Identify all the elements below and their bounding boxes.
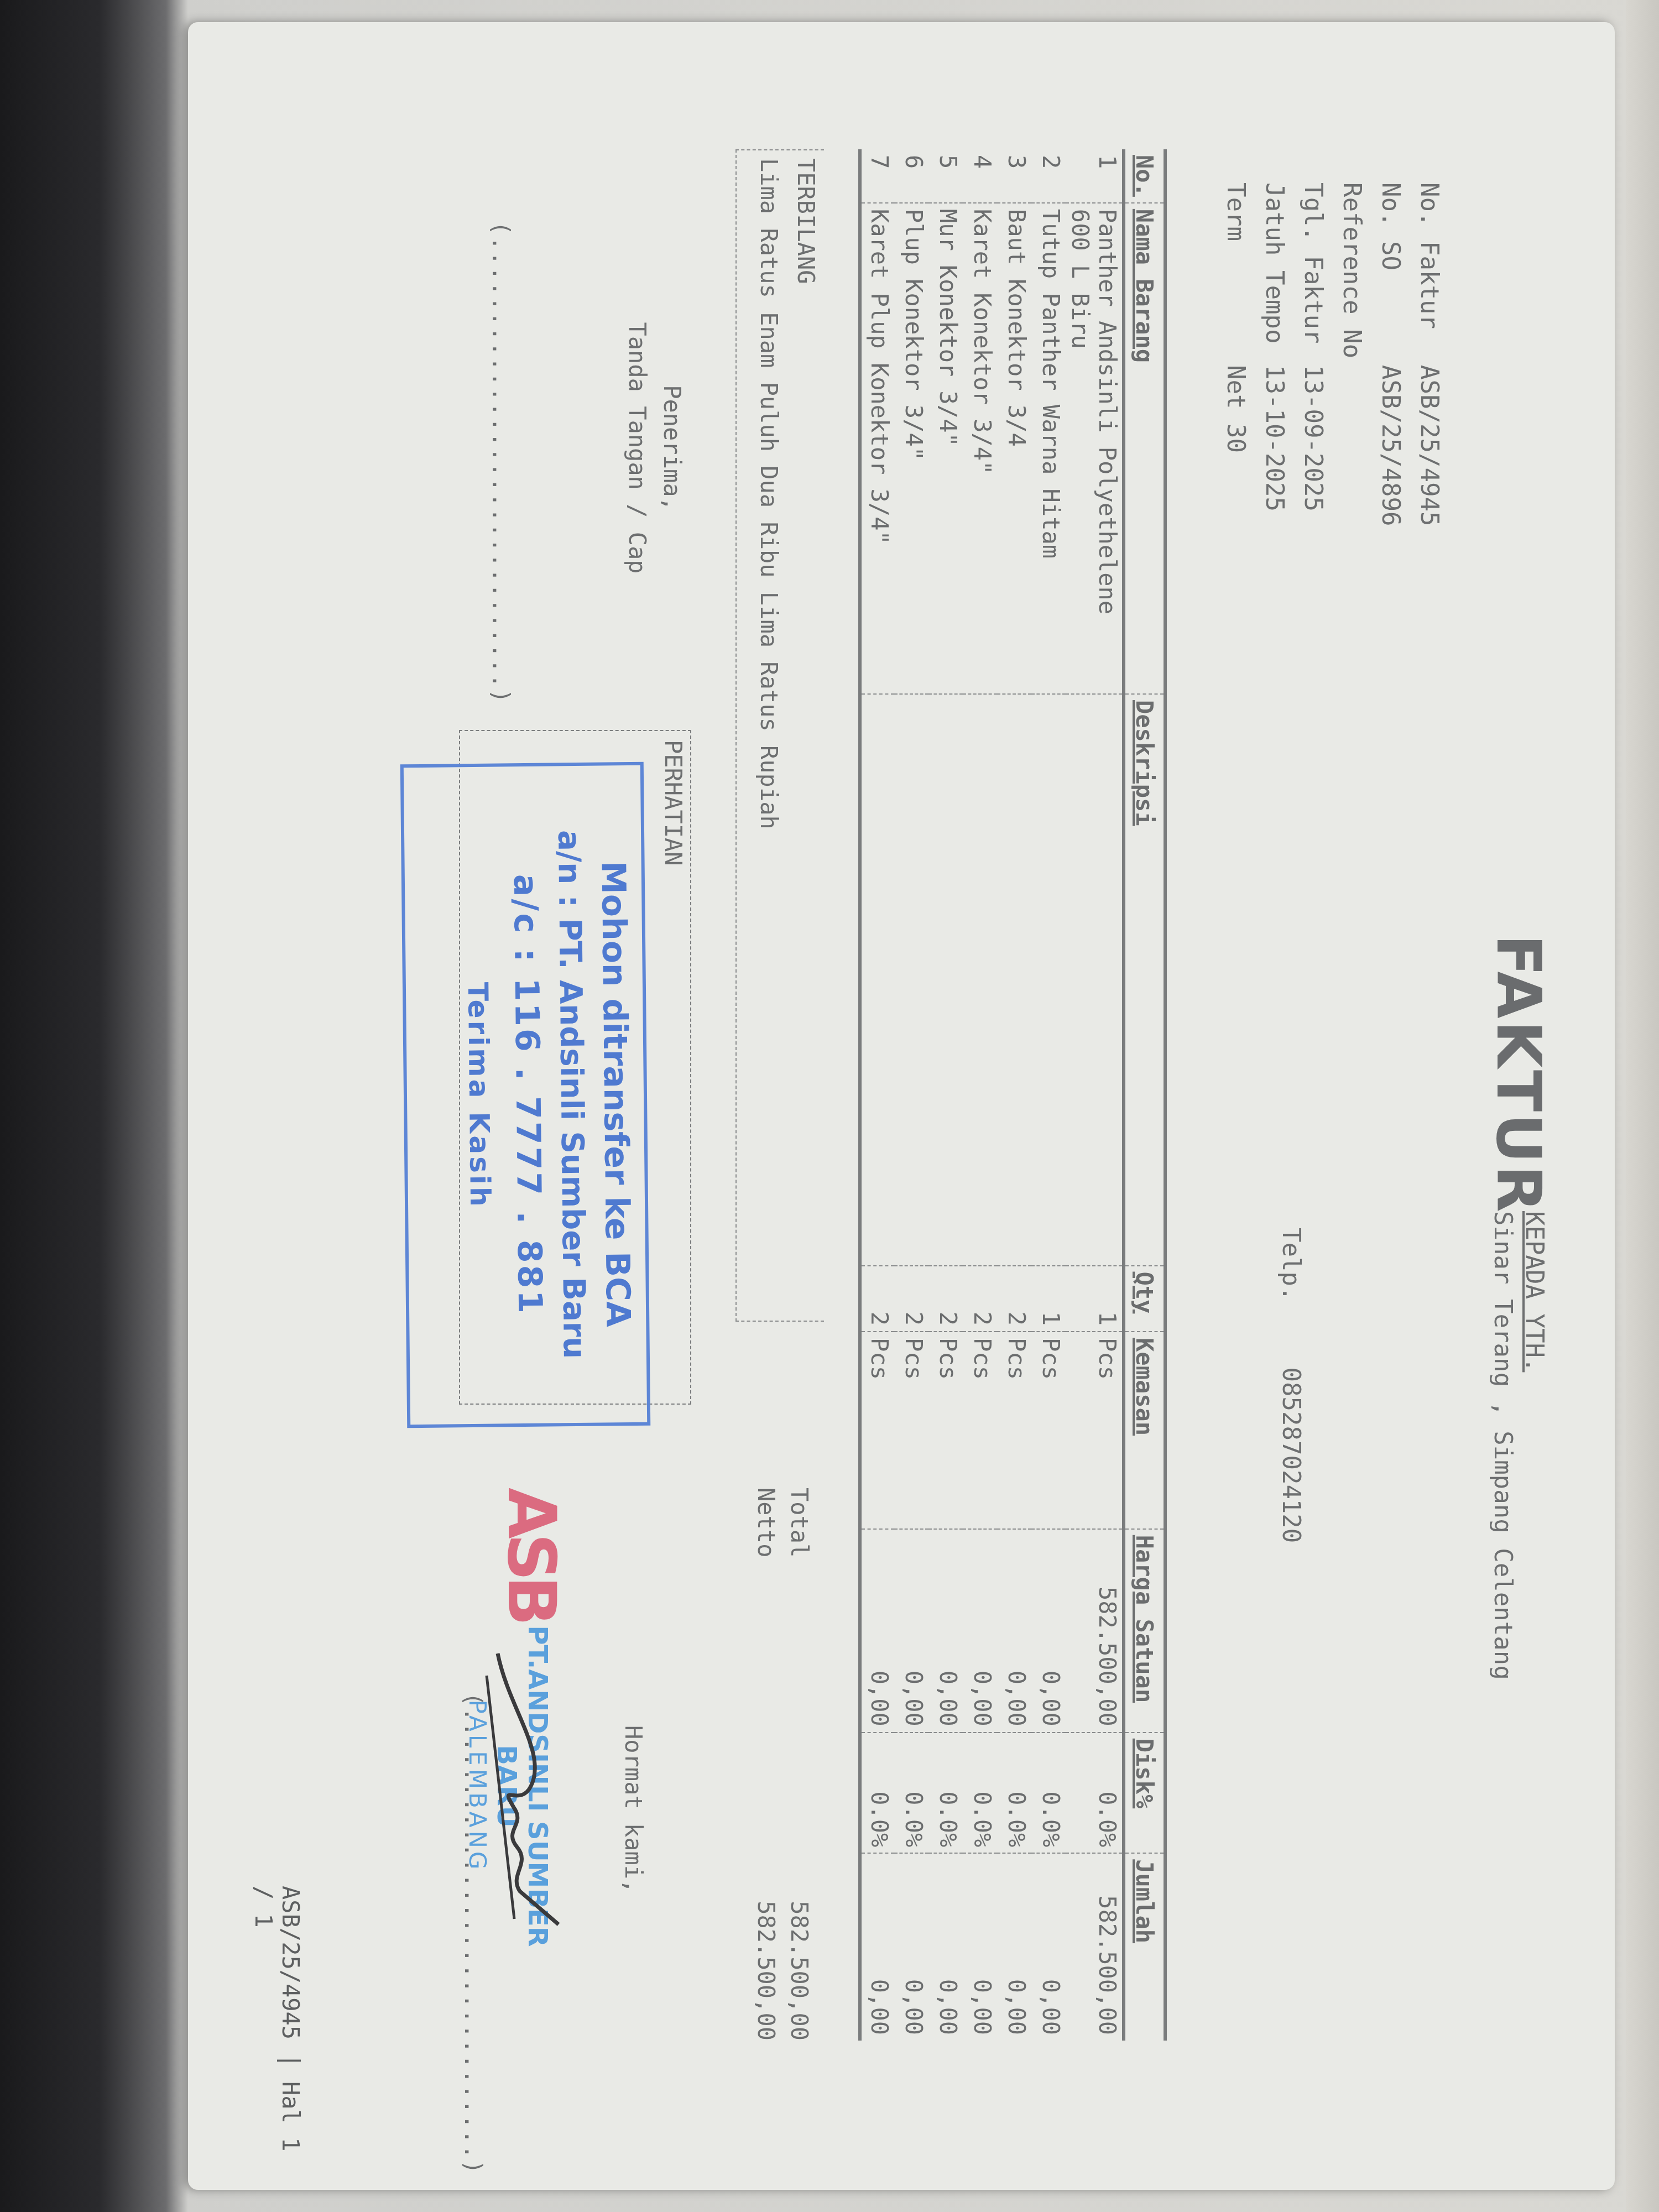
company-logo-icon: ASB [476, 1488, 570, 1582]
stamp-line-account-name: a/n : PT. Andsinli Sumber Baru [550, 766, 593, 1423]
table-row: 4 Karet Konektor 3/4" 2 Pcs 0,00 0.0% 0,… [963, 149, 997, 2041]
table-row: 1 Panther Andsinli Polyethelene600 L Bir… [1066, 149, 1124, 2041]
cell-desc [1031, 694, 1066, 1266]
phone-value: 085287024120 [1277, 1367, 1305, 1543]
cell-unit: Pcs [1031, 1332, 1066, 1529]
cell-qty: 1 [1031, 1266, 1066, 1332]
col-header-nama-barang: Nama Barang [1124, 203, 1165, 694]
sender-label: Hormat kami, [620, 1725, 647, 1893]
total-value: 582.500,00 [780, 1901, 813, 2041]
desk-background [1626, 0, 1659, 2212]
cell-total: 0,00 [963, 1853, 997, 2041]
invoice-document: FAKTUR KEPADA YTH. Sinar Terang , Simpan… [205, 39, 1598, 2173]
cell-desc [963, 694, 997, 1266]
cell-disc: 0.0% [894, 1733, 928, 1854]
meta-value: ASB/25/4896 [1377, 365, 1405, 697]
meta-label: Jatuh Tempo [1261, 182, 1289, 365]
cell-disc: 0.0% [997, 1733, 1031, 1854]
table-row: 6 Plup Konektor 3/4" 2 Pcs 0,00 0.0% 0,0… [894, 149, 928, 2041]
recipient-label: KEPADA YTH. [1520, 1211, 1548, 1930]
bank-transfer-stamp: Mohon ditransfer ke BCA a/n : PT. Andsin… [400, 762, 651, 1428]
item-name: Panther Andsinli Polyethelene [1094, 209, 1121, 614]
cell-total: 0,00 [928, 1853, 963, 2041]
item-name-line2: 600 L Biru [1067, 209, 1094, 349]
table-row: 7 Karet Plup Konektor 3/4" 2 Pcs 0,00 0.… [860, 149, 894, 2041]
meta-row-no-faktur: No. Faktur ASB/25/4945 [1410, 182, 1449, 697]
cell-disc: 0.0% [928, 1733, 963, 1854]
cell-desc [1066, 694, 1124, 1266]
terbilang-text: Lima Ratus Enam Puluh Dua Ribu Lima Ratu… [755, 158, 782, 1313]
cell-disc: 0.0% [860, 1733, 894, 1854]
signature-icon [470, 1642, 581, 1930]
cell-no: 7 [860, 149, 894, 203]
recipient-phone: Telp. 085287024120 [1277, 1228, 1305, 1543]
receiver-sublabel: Tanda Tangan / Cap [624, 304, 651, 592]
table-row: 2 Tutup Panther Warna Hitam 1 Pcs 0,00 0… [1031, 149, 1066, 2041]
stamp-line-transfer: Mohon ditransfer ke BCA [593, 765, 638, 1423]
netto-label: Netto [747, 1488, 780, 1557]
cell-total: 0,00 [860, 1853, 894, 2041]
cell-qty: 2 [928, 1266, 963, 1332]
cell-name: Karet Plup Konektor 3/4" [860, 203, 894, 694]
cell-price: 0,00 [894, 1529, 928, 1733]
col-header-kemasan: Kemasan [1124, 1332, 1165, 1529]
col-header-harga-satuan: Harga Satuan [1124, 1529, 1165, 1733]
cell-name: Karet Konektor 3/4" [963, 203, 997, 694]
meta-value: 13-10-2025 [1261, 365, 1289, 697]
cell-no: 6 [894, 149, 928, 203]
cell-price: 0,00 [860, 1529, 894, 1733]
cell-disc: 0.0% [963, 1733, 997, 1854]
table-row: 5 Mur Konektor 3/4" 2 Pcs 0,00 0.0% 0,00 [928, 149, 963, 2041]
items-table: No. Nama Barang Deskripsi Qty Kemasan Ha… [858, 149, 1167, 2041]
cell-name: Tutup Panther Warna Hitam [1031, 203, 1066, 694]
meta-label: Term [1222, 182, 1250, 365]
total-label: Total [780, 1488, 813, 1557]
receiver-label: Penerima, [659, 304, 686, 592]
cell-total: 0,00 [997, 1853, 1031, 2041]
cell-unit: Pcs [894, 1332, 928, 1529]
document-title: FAKTUR [1483, 935, 1554, 1214]
cell-no: 3 [997, 149, 1031, 203]
cell-desc [997, 694, 1031, 1266]
cell-no: 5 [928, 149, 963, 203]
cell-qty: 1 [1066, 1266, 1124, 1332]
cell-price: 0,00 [1031, 1529, 1066, 1733]
notice-label: PERHATIAN [660, 740, 687, 866]
total-row: Total 582.500,00 [780, 1488, 813, 2041]
recipient-block: KEPADA YTH. Sinar Terang , Simpang Celen… [1489, 1211, 1548, 1930]
stamp-line-account-number: a/c : 116 . 7777 . 881 [505, 766, 550, 1424]
cell-unit: Pcs [860, 1332, 894, 1529]
receiver-signature-line: (..............................) [487, 221, 514, 586]
meta-label: No. SO [1377, 182, 1405, 365]
cell-price: 582.500,00 [1066, 1529, 1124, 1733]
meta-label: No. Faktur [1416, 182, 1444, 365]
stamp-line-thanks: Terima Kasih [460, 767, 498, 1425]
invoice-meta: No. Faktur ASB/25/4945 No. SO ASB/25/489… [1217, 182, 1449, 697]
cell-disc: 0.0% [1031, 1733, 1066, 1854]
cell-disc: 0.0% [1066, 1733, 1124, 1854]
totals-block: Total 582.500,00 Netto 582.500,00 [747, 1488, 813, 2041]
netto-row: Netto 582.500,00 [747, 1488, 780, 2041]
receiver-block: Penerima, Tanda Tangan / Cap [624, 304, 686, 592]
cell-unit: Pcs [963, 1332, 997, 1529]
meta-value: ASB/25/4945 [1416, 365, 1444, 697]
cell-total: 582.500,00 [1066, 1853, 1124, 2041]
cell-price: 0,00 [963, 1529, 997, 1733]
invoice-paper: FAKTUR KEPADA YTH. Sinar Terang , Simpan… [188, 22, 1615, 2190]
cell-name: Plup Konektor 3/4" [894, 203, 928, 694]
col-header-qty: Qty [1124, 1266, 1165, 1332]
terbilang-label: TERBILANG [792, 158, 820, 1313]
meta-value: Net 30 [1222, 365, 1250, 697]
table-header-row: No. Nama Barang Deskripsi Qty Kemasan Ha… [1124, 149, 1165, 2041]
meta-row-reference: Reference No [1333, 182, 1371, 697]
meta-label: Reference No [1338, 182, 1366, 365]
meta-value: 13-09-2025 [1300, 365, 1328, 697]
cell-no: 2 [1031, 149, 1066, 203]
cell-unit: Pcs [1066, 1332, 1124, 1529]
cell-price: 0,00 [997, 1529, 1031, 1733]
meta-row-jatuh-tempo: Jatuh Tempo 13-10-2025 [1255, 182, 1294, 697]
meta-row-no-so: No. SO ASB/25/4896 [1371, 182, 1410, 697]
cell-no: 4 [963, 149, 997, 203]
table-row: 3 Baut Konektor 3/4 2 Pcs 0,00 0.0% 0,00 [997, 149, 1031, 2041]
col-header-deskripsi: Deskripsi [1124, 694, 1165, 1266]
cell-name: Baut Konektor 3/4 [997, 203, 1031, 694]
cell-total: 0,00 [1031, 1853, 1066, 2041]
footer-page-ref: ASB/25/4945 | Hal 1 / 1 [250, 1886, 304, 2173]
cell-name: Mur Konektor 3/4" [928, 203, 963, 694]
col-header-disk: Disk% [1124, 1733, 1165, 1854]
meta-label: Tgl. Faktur [1300, 182, 1328, 365]
cell-unit: Pcs [997, 1332, 1031, 1529]
cell-desc [894, 694, 928, 1266]
cell-name: Panther Andsinli Polyethelene600 L Biru [1066, 203, 1124, 694]
col-header-jumlah: Jumlah [1124, 1853, 1165, 2041]
cell-no: 1 [1066, 149, 1124, 203]
cell-qty: 2 [997, 1266, 1031, 1332]
cell-qty: 2 [963, 1266, 997, 1332]
cell-desc [928, 694, 963, 1266]
cell-qty: 2 [860, 1266, 894, 1332]
cell-desc [860, 694, 894, 1266]
cell-qty: 2 [894, 1266, 928, 1332]
netto-value: 582.500,00 [747, 1901, 780, 2041]
cell-price: 0,00 [928, 1529, 963, 1733]
meta-row-term: Term Net 30 [1217, 182, 1255, 697]
cell-total: 0,00 [894, 1853, 928, 2041]
terbilang-box: TERBILANG Lima Ratus Enam Puluh Dua Ribu… [735, 149, 824, 1322]
meta-row-tgl-faktur: Tgl. Faktur 13-09-2025 [1294, 182, 1333, 697]
recipient-address: Sinar Terang , Simpang Celentang [1489, 1211, 1517, 1930]
sender-signature-line: (..............................) [460, 1692, 487, 2175]
phone-label: Telp. [1277, 1228, 1305, 1301]
col-header-no: No. [1124, 149, 1165, 203]
cell-unit: Pcs [928, 1332, 963, 1529]
